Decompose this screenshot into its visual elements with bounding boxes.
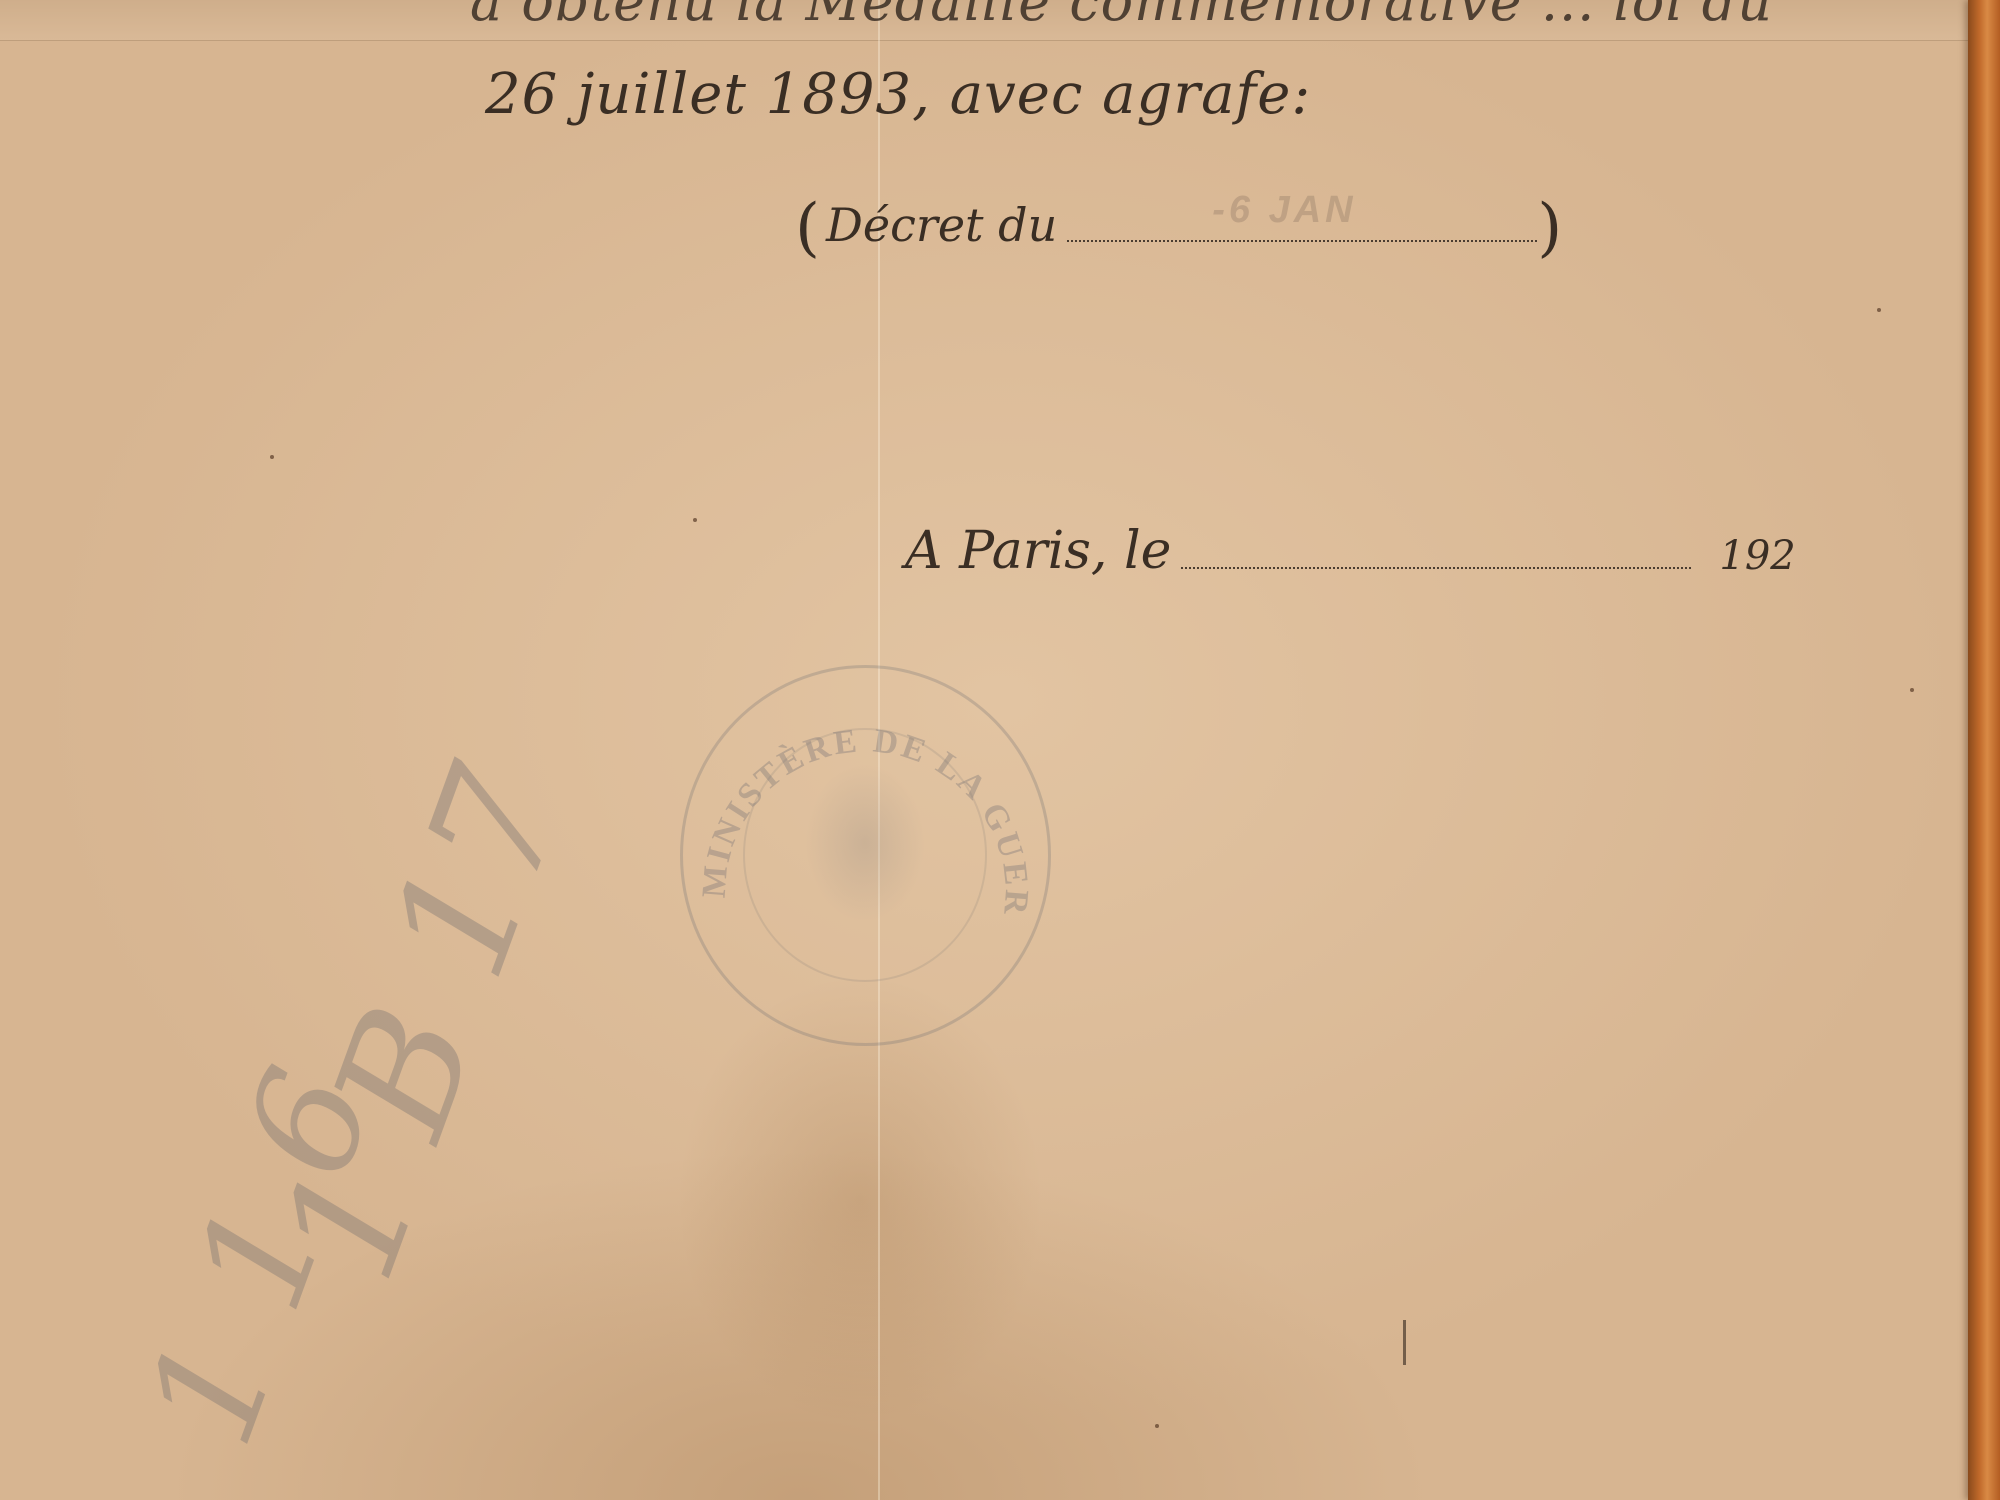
place-date-line: A Paris, le 192 bbox=[905, 515, 1796, 585]
paper-speck bbox=[1910, 688, 1914, 692]
paper-scratch bbox=[1403, 1320, 1406, 1365]
paper-speck bbox=[270, 455, 274, 459]
close-paren: ) bbox=[1537, 196, 1562, 260]
decree-label: Décret du bbox=[826, 198, 1057, 252]
medal-law-line: 26 juillet 1893, avec agrafe: bbox=[485, 62, 1311, 127]
open-paren: ( bbox=[795, 196, 820, 260]
paper-speck bbox=[1155, 1424, 1159, 1428]
paper-speck bbox=[693, 518, 697, 522]
ministry-seal-stamp: MINISTÈRE DE LA GUERRE bbox=[680, 665, 1051, 1046]
decree-date-field: -6 JAN bbox=[1067, 240, 1537, 242]
partial-top-line: a obtenu la Médaille commémorative ... l… bbox=[470, 0, 1773, 33]
date-field bbox=[1181, 567, 1691, 569]
year-prefix: 192 bbox=[1719, 533, 1795, 579]
decree-date-stamp: -6 JAN bbox=[1212, 189, 1356, 232]
seal-emblem-icon bbox=[805, 763, 925, 923]
place-label: A Paris, le bbox=[905, 521, 1171, 581]
decree-line: ( Décret du -6 JAN ) bbox=[795, 180, 1562, 260]
wooden-frame-edge bbox=[1968, 0, 2000, 1500]
paper-speck bbox=[1877, 308, 1881, 312]
